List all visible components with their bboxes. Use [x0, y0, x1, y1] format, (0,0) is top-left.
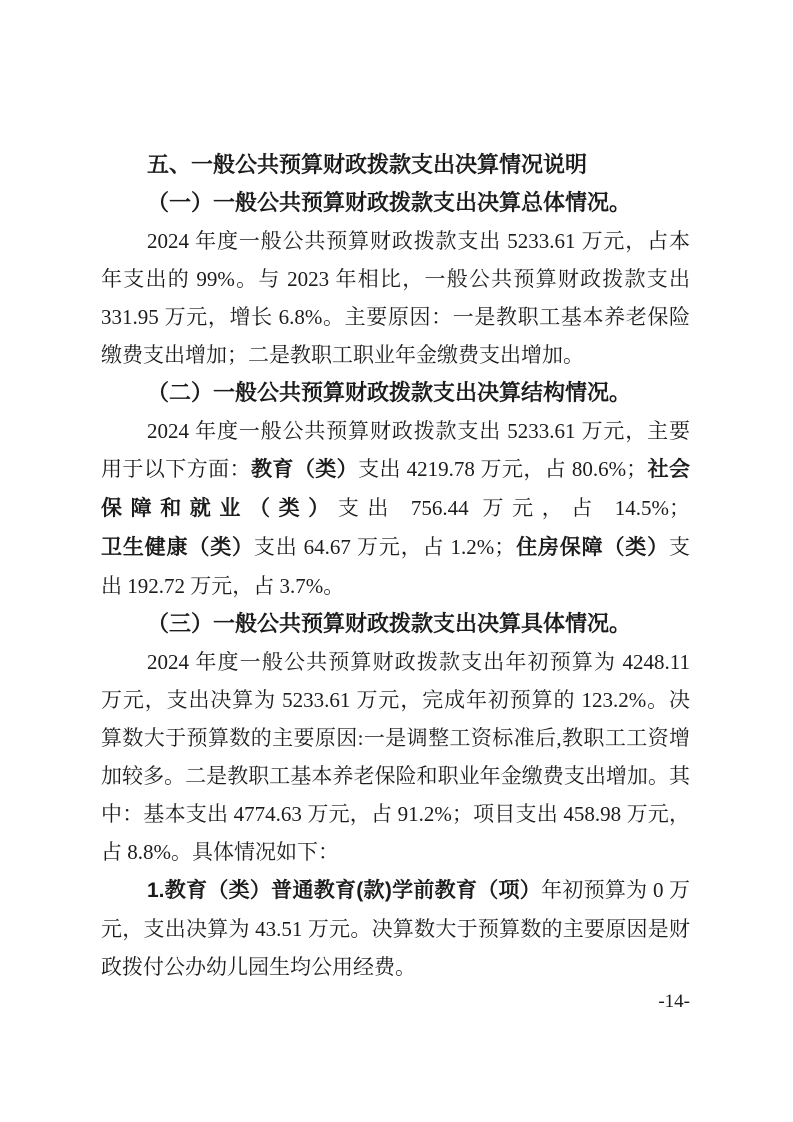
subsection-1-paragraph: 2024 年度一般公共预算财政拨款支出 5233.61 万元，占本年支出的 99… — [101, 222, 690, 374]
subsection-2-paragraph: 2024 年度一般公共预算财政拨款支出 5233.61 万元，主要用于以下方面：… — [101, 412, 690, 605]
subsection-3-paragraph: 2024 年度一般公共预算财政拨款支出年初预算为 4248.11 万元，支出决算… — [101, 643, 690, 871]
subsection-3-item-1: 1.教育（类）普通教育(款)学前教育（项）年初预算为 0 万元，支出决算为 43… — [101, 871, 690, 986]
document-content: 五、一般公共预算财政拨款支出决算情况说明 （一）一般公共预算财政拨款支出决算总体… — [101, 146, 690, 986]
text-run-bold: 1.教育（类）普通教育(款)学前教育（项） — [147, 879, 541, 902]
subsection-2-title: （二）一般公共预算财政拨款支出决算结构情况。 — [101, 374, 690, 412]
subsection-1-title: （一）一般公共预算财政拨款支出决算总体情况。 — [101, 184, 690, 222]
text-run-bold: 卫生健康（类） — [101, 536, 254, 559]
document-page: 五、一般公共预算财政拨款支出决算情况说明 （一）一般公共预算财政拨款支出决算总体… — [0, 0, 793, 1122]
text-run: 支出 4219.78 万元，占 80.6%； — [358, 457, 647, 481]
text-run: 支出 64.67 万元，占 1.2%； — [254, 535, 515, 559]
main-heading: 五、一般公共预算财政拨款支出决算情况说明 — [101, 146, 690, 184]
text-run-bold: 住房保障（类） — [515, 536, 669, 559]
page-number: -14- — [658, 989, 690, 1015]
subsection-3-title: （三）一般公共预算财政拨款支出决算具体情况。 — [101, 605, 690, 643]
text-run-bold: 教育（类） — [251, 458, 358, 481]
text-run: 支出 756.44 万元，占 14.5%； — [338, 496, 690, 520]
